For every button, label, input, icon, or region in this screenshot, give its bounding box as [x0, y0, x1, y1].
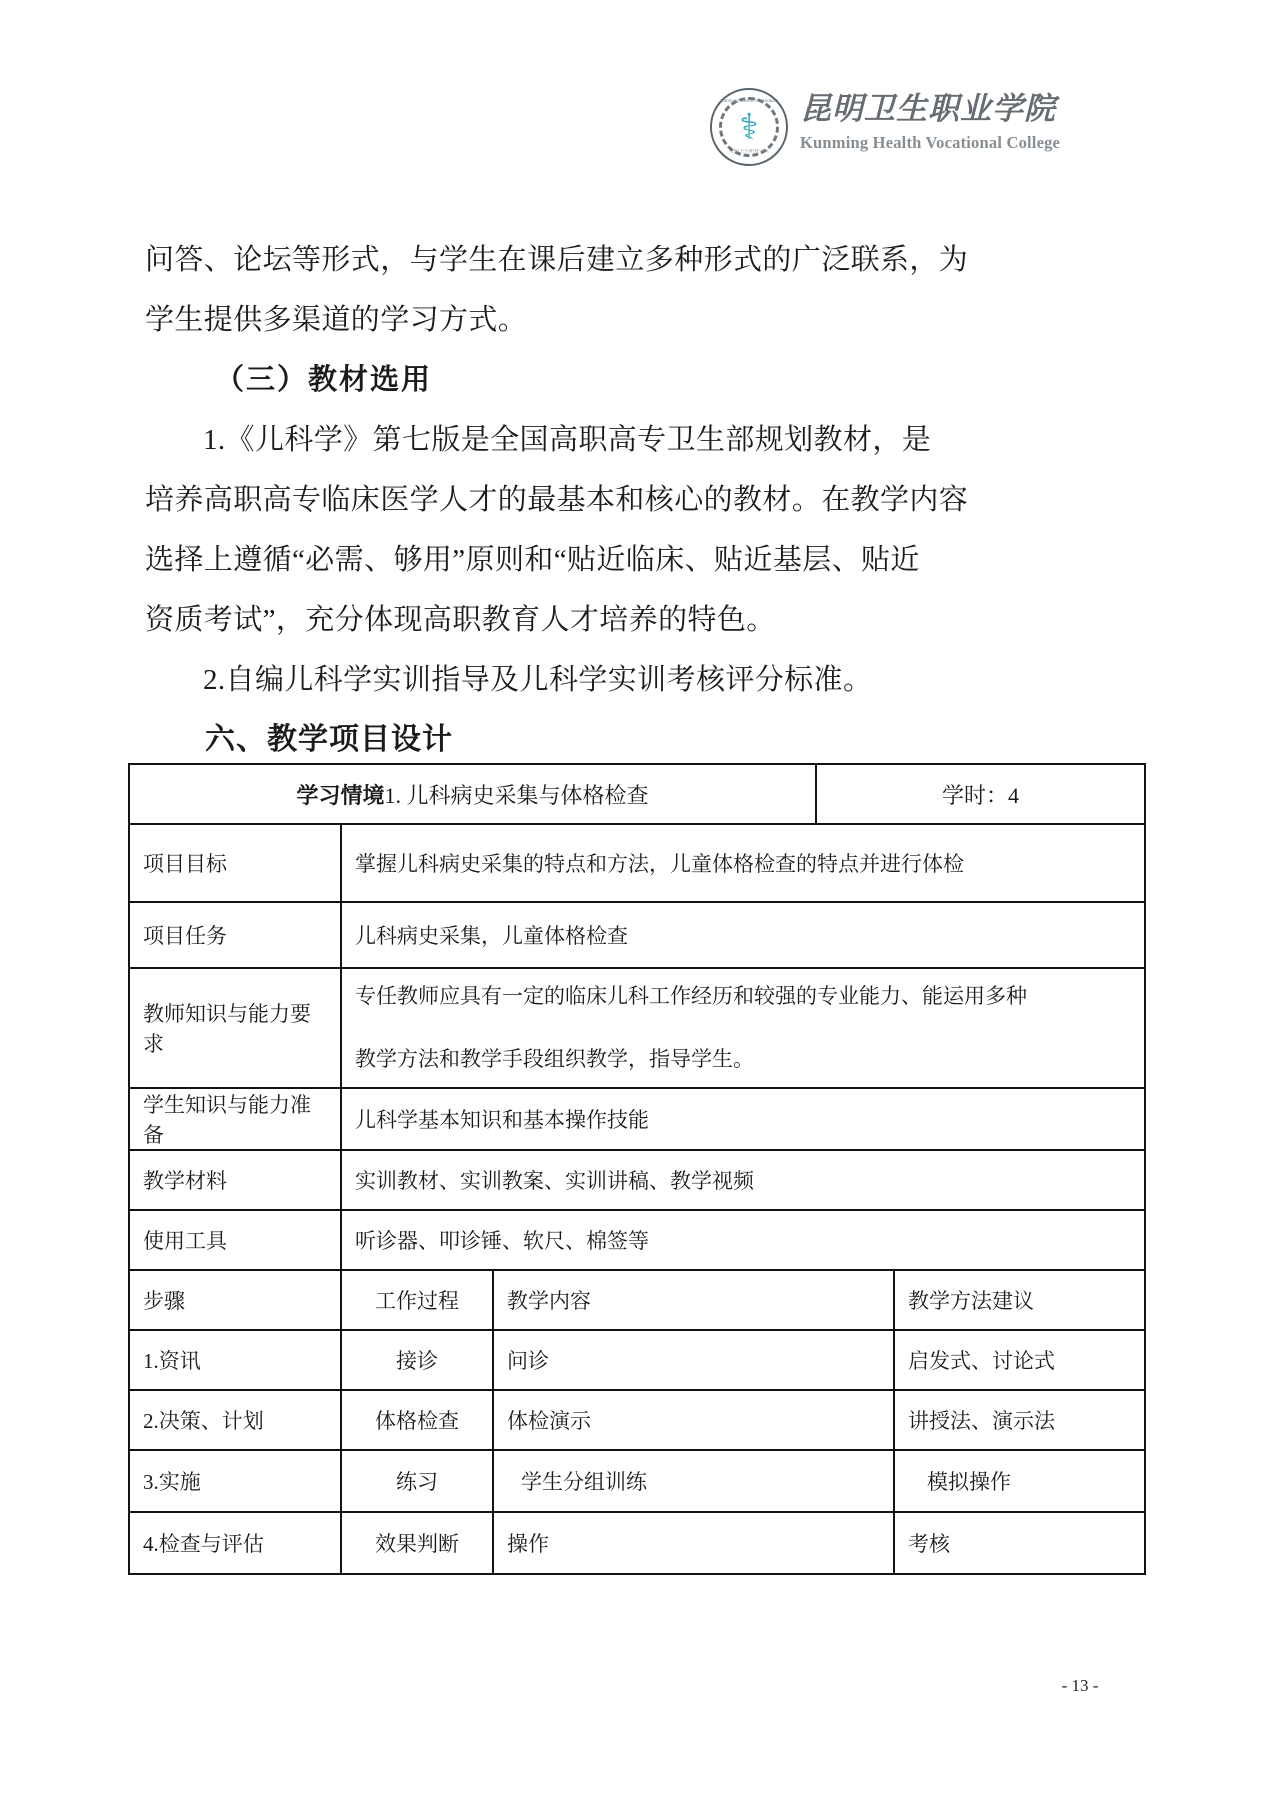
- page-number: - 13 -: [1038, 1676, 1122, 1696]
- row-label-cell: 教师知识与能力要求: [130, 969, 342, 1087]
- step-cell: 效果判断: [342, 1513, 494, 1573]
- step-cell: 2.决策、计划: [130, 1391, 342, 1449]
- row-value-cell: 儿科病史采集，儿童体格检查: [342, 903, 1144, 967]
- value-line: 专任教师应具有一定的临床儿科工作经历和较强的专业能力、能运用多种: [355, 984, 1027, 1009]
- table-row: 学生知识与能力准备 儿科学基本知识和基本操作技能: [130, 1089, 1144, 1151]
- table-row: 教师知识与能力要求 专任教师应具有一定的临床儿科工作经历和较强的专业能力、能运用…: [130, 969, 1144, 1089]
- college-seal: Kunming Health Vocational College ⚕ 昆明卫生…: [710, 88, 788, 166]
- row-value-cell: 专任教师应具有一定的临床儿科工作经历和较强的专业能力、能运用多种 教学方法和教学…: [342, 969, 1144, 1087]
- table-row-step: 4.检查与评估 效果判断 操作 考核: [130, 1513, 1144, 1573]
- step-cell: 接诊: [342, 1331, 494, 1389]
- step-cell: 4.检查与评估: [130, 1513, 342, 1573]
- table-row-step: 1.资讯 接诊 问诊 启发式、讨论式: [130, 1331, 1144, 1391]
- step-cell: 问诊: [494, 1331, 895, 1389]
- table-row: 项目目标 掌握儿科病史采集的特点和方法，儿童体格检查的特点并进行体检: [130, 825, 1144, 903]
- table-row: 教学材料 实训教材、实训教案、实训讲稿、教学视频: [130, 1151, 1144, 1211]
- paragraph-line: 培养高职高专临床医学人才的最基本和核心的教材。在教学内容: [145, 470, 973, 530]
- step-cell: 考核: [895, 1513, 1144, 1573]
- document-body: 问答、论坛等形式，与学生在课后建立多种形式的广泛联系，为 学生提供多渠道的学习方…: [145, 230, 973, 770]
- learning-situation-cell: 学习情境1. 儿科病史采集与体格检查: [130, 765, 817, 823]
- table-row: 项目任务 儿科病史采集，儿童体格检查: [130, 903, 1144, 969]
- paragraph-line: 1.《儿科学》第七版是全国高职高专卫生部规划教材，是: [145, 410, 973, 470]
- table-row-learning-situation: 学习情境1. 儿科病史采集与体格检查 学时：4: [130, 765, 1144, 825]
- step-cell: 模拟操作: [895, 1451, 1144, 1511]
- teaching-project-table: 学习情境1. 儿科病史采集与体格检查 学时：4 项目目标 掌握儿科病史采集的特点…: [128, 763, 1146, 1575]
- step-cell: 体格检查: [342, 1391, 494, 1449]
- value-line: 教学方法和教学手段组织教学，指导学生。: [355, 1047, 754, 1072]
- college-logo: Kunming Health Vocational College ⚕ 昆明卫生…: [710, 88, 1060, 166]
- learning-situation-title: 1. 儿科病史采集与体格检查: [385, 779, 649, 810]
- learning-situation-label: 学习情境: [296, 779, 384, 810]
- section-heading-textbook-selection: （三）教材选用: [215, 350, 973, 410]
- class-hours-cell: 学时：4: [817, 765, 1144, 823]
- row-value-cell: 实训教材、实训教案、实训讲稿、教学视频: [342, 1151, 1144, 1209]
- college-name-english: Kunming Health Vocational College: [800, 133, 1060, 153]
- row-value-cell: 儿科学基本知识和基本操作技能: [342, 1089, 1144, 1149]
- row-label-cell: 使用工具: [130, 1211, 342, 1269]
- paragraph-line: 问答、论坛等形式，与学生在课后建立多种形式的广泛联系，为: [145, 230, 973, 290]
- row-value-cell: 听诊器、叩诊锤、软尺、棉签等: [342, 1211, 1144, 1269]
- step-cell: 体检演示: [494, 1391, 895, 1449]
- paragraph-line: 选择上遵循“必需、够用”原则和“贴近临床、贴近基层、贴近: [145, 530, 973, 590]
- row-value-cell: 掌握儿科病史采集的特点和方法，儿童体格检查的特点并进行体检: [342, 825, 1144, 901]
- paragraph-line: 学生提供多渠道的学习方式。: [145, 290, 973, 350]
- step-cell: 讲授法、演示法: [895, 1391, 1144, 1449]
- step-cell: 学生分组训练: [494, 1451, 895, 1511]
- steps-header-cell: 教学内容: [494, 1271, 895, 1329]
- table-row-steps-header: 步骤 工作过程 教学内容 教学方法建议: [130, 1271, 1144, 1331]
- step-cell: 练习: [342, 1451, 494, 1511]
- college-logo-text: 昆明卫生职业学院 Kunming Health Vocational Colle…: [800, 88, 1060, 166]
- step-cell: 1.资讯: [130, 1331, 342, 1389]
- row-label-cell: 项目目标: [130, 825, 342, 901]
- row-label-cell: 学生知识与能力准备: [130, 1089, 342, 1149]
- college-name-calligraphy: 昆明卫生职业学院: [800, 92, 1060, 126]
- paragraph-line: 2.自编儿科学实训指导及儿科学实训考核评分标准。: [145, 650, 973, 710]
- row-label-cell: 项目任务: [130, 903, 342, 967]
- steps-header-cell: 工作过程: [342, 1271, 494, 1329]
- steps-header-cell: 教学方法建议: [895, 1271, 1144, 1329]
- table-row-step: 3.实施 练习 学生分组训练 模拟操作: [130, 1451, 1144, 1513]
- row-label-cell: 教学材料: [130, 1151, 342, 1209]
- table-row: 使用工具 听诊器、叩诊锤、软尺、棉签等: [130, 1211, 1144, 1271]
- table-row-step: 2.决策、计划 体格检查 体检演示 讲授法、演示法: [130, 1391, 1144, 1451]
- seal-bottom-text: 昆明卫生职业学院: [720, 149, 778, 155]
- step-cell: 3.实施: [130, 1451, 342, 1511]
- paragraph-line: 资质考试”，充分体现高职教育人才培养的特色。: [145, 590, 973, 650]
- step-cell: 启发式、讨论式: [895, 1331, 1144, 1389]
- steps-header-cell: 步骤: [130, 1271, 342, 1329]
- document-page: Kunming Health Vocational College ⚕ 昆明卫生…: [0, 0, 1274, 1801]
- step-cell: 操作: [494, 1513, 895, 1573]
- section-heading-teaching-project-design: 六、教学项目设计: [205, 710, 973, 770]
